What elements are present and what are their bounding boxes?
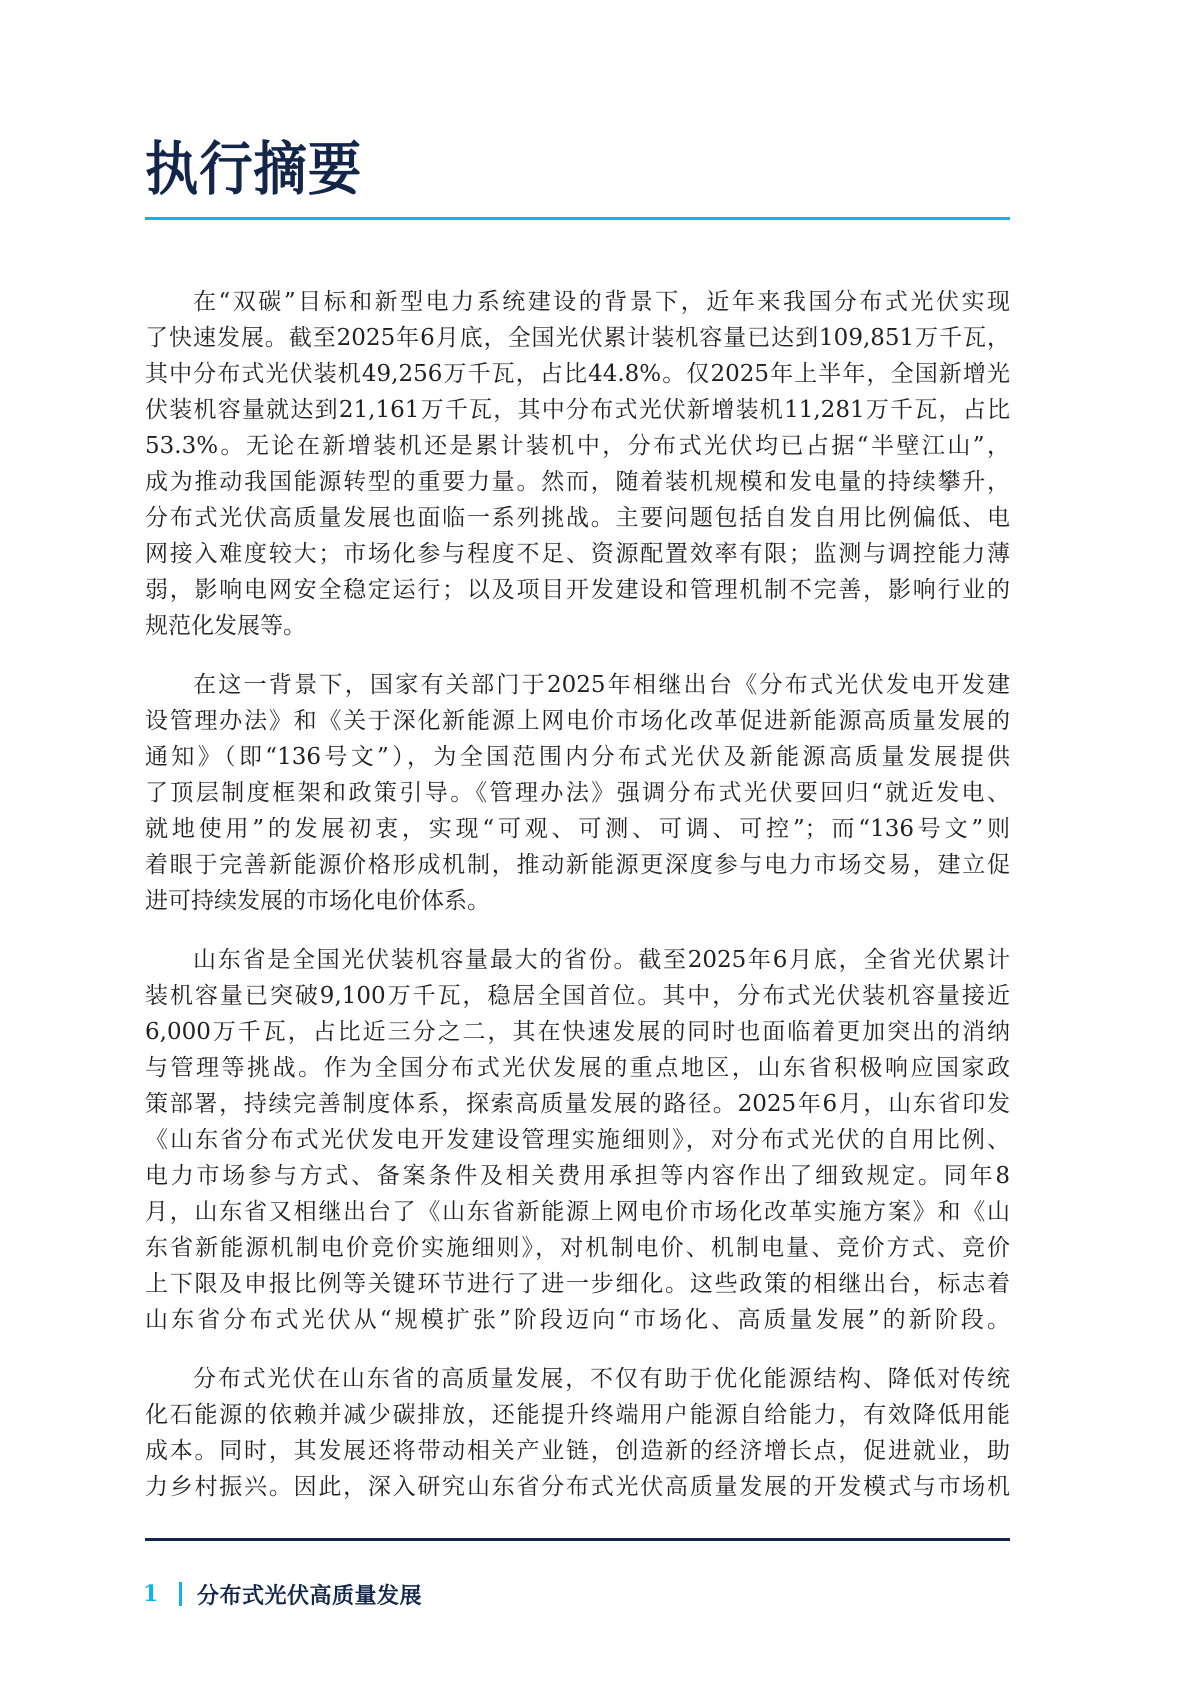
text-line: 了顶层制度框架和政策引导。《管理办法》强调分布式光伏要回归“就近发电、 (145, 775, 1010, 811)
text-line: 分布式光伏高质量发展也面临一系列挑战。主要问题包括自发自用比例偏低、电 (145, 500, 1010, 536)
footer-divider (145, 1538, 1010, 1541)
paragraph-3: 山东省是全国光伏装机容量最大的省份。截至2025年6月底，全省光伏累计 装机容量… (145, 942, 1010, 1338)
text-line: 月，山东省又相继出台了《山东省新能源上网电价市场化改革实施方案》和《山 (145, 1194, 1010, 1230)
text-line: 成为推动我国能源转型的重要力量。然而，随着装机规模和发电量的持续攀升， (145, 464, 1010, 500)
text-line: 设管理办法》和《关于深化新能源上网电价市场化改革促进新能源高质量发展的 (145, 703, 1010, 739)
text-line: 进可持续发展的市场化电价体系。 (145, 883, 1010, 919)
body-text: 在“双碳”目标和新型电力系统建设的背景下，近年来我国分布式光伏实现 了快速发展。… (145, 284, 1010, 1528)
text-line: 就地使用”的发展初衷，实现“可观、可测、可调、可控”；而“136号文”则 (145, 811, 1010, 847)
text-line: 规范化发展等。 (145, 608, 1010, 644)
text-line: 6,000万千瓦，占比近三分之二，其在快速发展的同时也面临着更加突出的消纳 (145, 1014, 1010, 1050)
text-line: 上下限及申报比例等关键环节进行了进一步细化。这些政策的相继出台，标志着 (145, 1266, 1010, 1302)
text-line: 在这一背景下，国家有关部门于2025年相继出台《分布式光伏发电开发建 (145, 667, 1010, 703)
text-line: 在“双碳”目标和新型电力系统建设的背景下，近年来我国分布式光伏实现 (145, 284, 1010, 320)
text-line: 策部署，持续完善制度体系，探索高质量发展的路径。2025年6月，山东省印发 (145, 1086, 1010, 1122)
text-line: 网接入难度较大；市场化参与程度不足、资源配置效率有限；监测与调控能力薄 (145, 536, 1010, 572)
text-line: 山东省分布式光伏从“规模扩张”阶段迈向“市场化、高质量发展”的新阶段。 (145, 1302, 1010, 1338)
text-line: 山东省是全国光伏装机容量最大的省份。截至2025年6月底，全省光伏累计 (145, 942, 1010, 978)
text-line: 伏装机容量就达到21,161万千瓦，其中分布式光伏新增装机11,281万千瓦，占… (145, 392, 1010, 428)
text-line: 装机容量已突破9,100万千瓦，稳居全国首位。其中，分布式光伏装机容量接近 (145, 978, 1010, 1014)
text-line: 53.3%。无论在新增装机还是累计装机中，分布式光伏均已占据“半壁江山”， (145, 428, 1010, 464)
footer-report-title: 分布式光伏高质量发展 (197, 1579, 422, 1610)
text-line: 其中分布式光伏装机49,256万千瓦，占比44.8%。仅2025年上半年，全国新… (145, 356, 1010, 392)
text-line: 成本。同时，其发展还将带动相关产业链，创造新的经济增长点，促进就业，助 (145, 1433, 1010, 1469)
text-line: 弱，影响电网安全稳定运行；以及项目开发建设和管理机制不完善，影响行业的 (145, 572, 1010, 608)
text-line: 化石能源的依赖并减少碳排放，还能提升终端用户能源自给能力，有效降低用能 (145, 1397, 1010, 1433)
page-footer: 1 分布式光伏高质量发展 (143, 1576, 422, 1612)
paragraph-4: 分布式光伏在山东省的高质量发展，不仅有助于优化能源结构、降低对传统 化石能源的依… (145, 1361, 1010, 1505)
text-line: 力乡村振兴。因此，深入研究山东省分布式光伏高质量发展的开发模式与市场机 (145, 1469, 1010, 1505)
text-line: 东省新能源机制电价竞价实施细则》，对机制电价、机制电量、竞价方式、竞价 (145, 1230, 1010, 1266)
text-line: 了快速发展。截至2025年6月底，全国光伏累计装机容量已达到109,851万千瓦… (145, 320, 1010, 356)
paragraph-2: 在这一背景下，国家有关部门于2025年相继出台《分布式光伏发电开发建 设管理办法… (145, 667, 1010, 919)
text-line: 通知》（即“136号文”），为全国范围内分布式光伏及新能源高质量发展提供 (145, 739, 1010, 775)
text-line: 着眼于完善新能源价格形成机制，推动新能源更深度参与电力市场交易，建立促 (145, 847, 1010, 883)
footer-separator-bar (179, 1582, 182, 1606)
text-line: 分布式光伏在山东省的高质量发展，不仅有助于优化能源结构、降低对传统 (145, 1361, 1010, 1397)
page-title: 执行摘要 (145, 136, 362, 202)
title-divider (145, 217, 1010, 220)
text-line: 电力市场参与方式、备案条件及相关费用承担等内容作出了细致规定。同年8 (145, 1158, 1010, 1194)
text-line: 与管理等挑战。作为全国分布式光伏发展的重点地区，山东省积极响应国家政 (145, 1050, 1010, 1086)
paragraph-1: 在“双碳”目标和新型电力系统建设的背景下，近年来我国分布式光伏实现 了快速发展。… (145, 284, 1010, 644)
text-line: 《山东省分布式光伏发电开发建设管理实施细则》，对分布式光伏的自用比例、 (145, 1122, 1010, 1158)
page-number: 1 (143, 1581, 179, 1607)
